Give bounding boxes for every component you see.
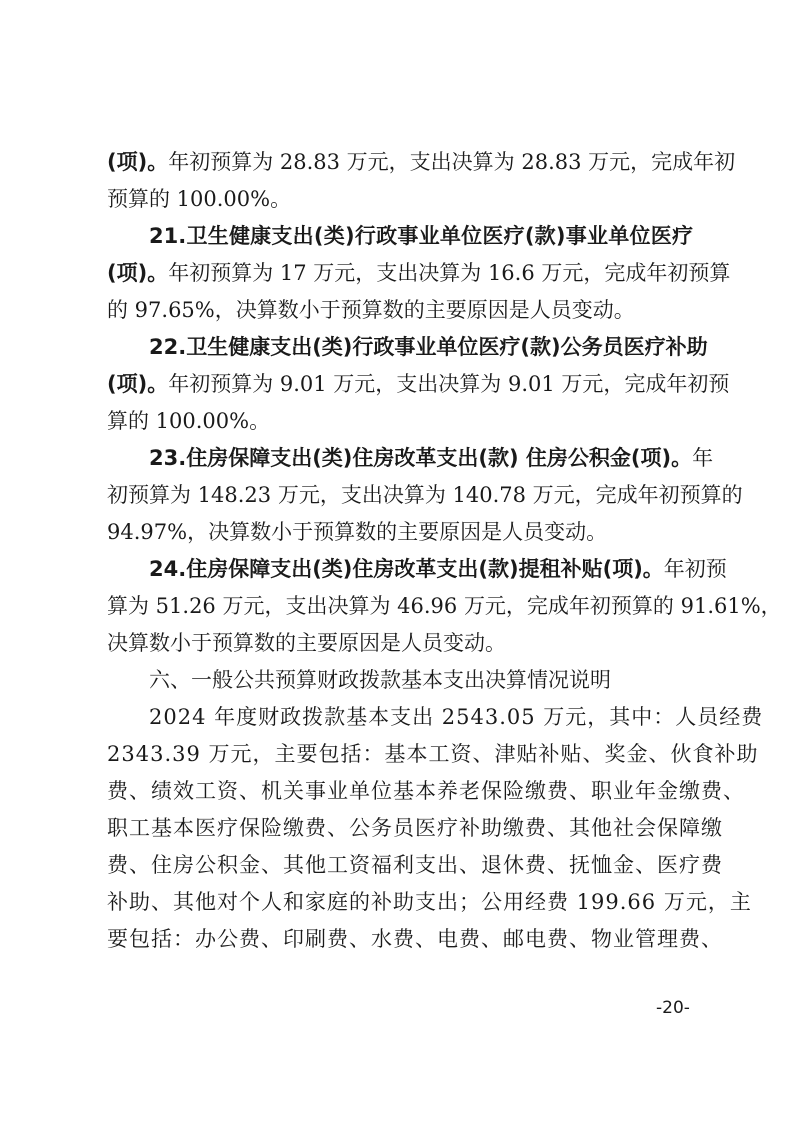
- paragraph-line: 算为 51.26 万元，支出决算为 46.96 万元，完成年初预算的 91.61…: [107, 588, 693, 625]
- paragraph-line: (项)。年初预算为 28.83 万元，支出决算为 28.83 万元，完成年初: [107, 144, 693, 181]
- paragraph-line: (项)。年初预算为 17 万元，支出决算为 16.6 万元，完成年初预算: [107, 255, 693, 292]
- paragraph-line: 费、住房公积金、其他工资福利支出、退休费、抚恤金、医疗费: [107, 847, 693, 884]
- paragraph-line: 要包括：办公费、印刷费、水费、电费、邮电费、物业管理费、: [107, 921, 693, 958]
- paragraph-line: 预算的 100.00%。: [107, 181, 693, 218]
- paragraph-line: 94.97%，决算数小于预算数的主要原因是人员变动。: [107, 514, 693, 551]
- document-page: (项)。年初预算为 28.83 万元，支出决算为 28.83 万元，完成年初 预…: [107, 144, 693, 958]
- item-label: 24.住房保障支出(类)住房改革支出(款)提租补贴(项)。: [149, 557, 664, 581]
- paragraph-line: 算的 100.00%。: [107, 403, 693, 440]
- item-21-heading: 21.卫生健康支出(类)行政事业单位医疗(款)事业单位医疗: [107, 218, 693, 255]
- item-text: 年初预: [664, 557, 727, 581]
- paragraph-line: 费、绩效工资、机关事业单位基本养老保险缴费、职业年金缴费、: [107, 773, 693, 810]
- item-24-heading: 24.住房保障支出(类)住房改革支出(款)提租补贴(项)。年初预: [107, 551, 693, 588]
- item-22-heading: 22.卫生健康支出(类)行政事业单位医疗(款)公务员医疗补助: [107, 329, 693, 366]
- paragraph-line: 初预算为 148.23 万元，支出决算为 140.78 万元，完成年初预算的: [107, 477, 693, 514]
- section-6-title: 六、一般公共预算财政拨款基本支出决算情况说明: [107, 662, 693, 699]
- item-text: 年初预算为 28.83 万元，支出决算为 28.83 万元，完成年初: [168, 150, 735, 174]
- item-text: 年: [692, 446, 713, 470]
- item-label: 23.住房保障支出(类)住房改革支出(款) 住房公积金(项)。: [149, 446, 692, 470]
- paragraph-line: 2024 年度财政拨款基本支出 2543.05 万元，其中：人员经费: [107, 699, 693, 736]
- paragraph-line: 的 97.65%，决算数小于预算数的主要原因是人员变动。: [107, 292, 693, 329]
- paragraph-line: 补助、其他对个人和家庭的补助支出；公用经费 199.66 万元，主: [107, 884, 693, 921]
- item-label: (项)。: [107, 372, 168, 396]
- page-number: -20-: [656, 998, 690, 1018]
- paragraph-line: 决算数小于预算数的主要原因是人员变动。: [107, 625, 693, 662]
- paragraph-line: (项)。年初预算为 9.01 万元，支出决算为 9.01 万元，完成年初预: [107, 366, 693, 403]
- item-23-heading: 23.住房保障支出(类)住房改革支出(款) 住房公积金(项)。年: [107, 440, 693, 477]
- paragraph-line: 2343.39 万元，主要包括：基本工资、津贴补贴、奖金、伙食补助: [107, 736, 693, 773]
- item-text: 年初预算为 9.01 万元，支出决算为 9.01 万元，完成年初预: [168, 372, 729, 396]
- paragraph-line: 职工基本医疗保险缴费、公务员医疗补助缴费、其他社会保障缴: [107, 810, 693, 847]
- item-text: 年初预算为 17 万元，支出决算为 16.6 万元，完成年初预算: [168, 261, 730, 285]
- item-label: (项)。: [107, 261, 168, 285]
- item-label: (项)。: [107, 150, 168, 174]
